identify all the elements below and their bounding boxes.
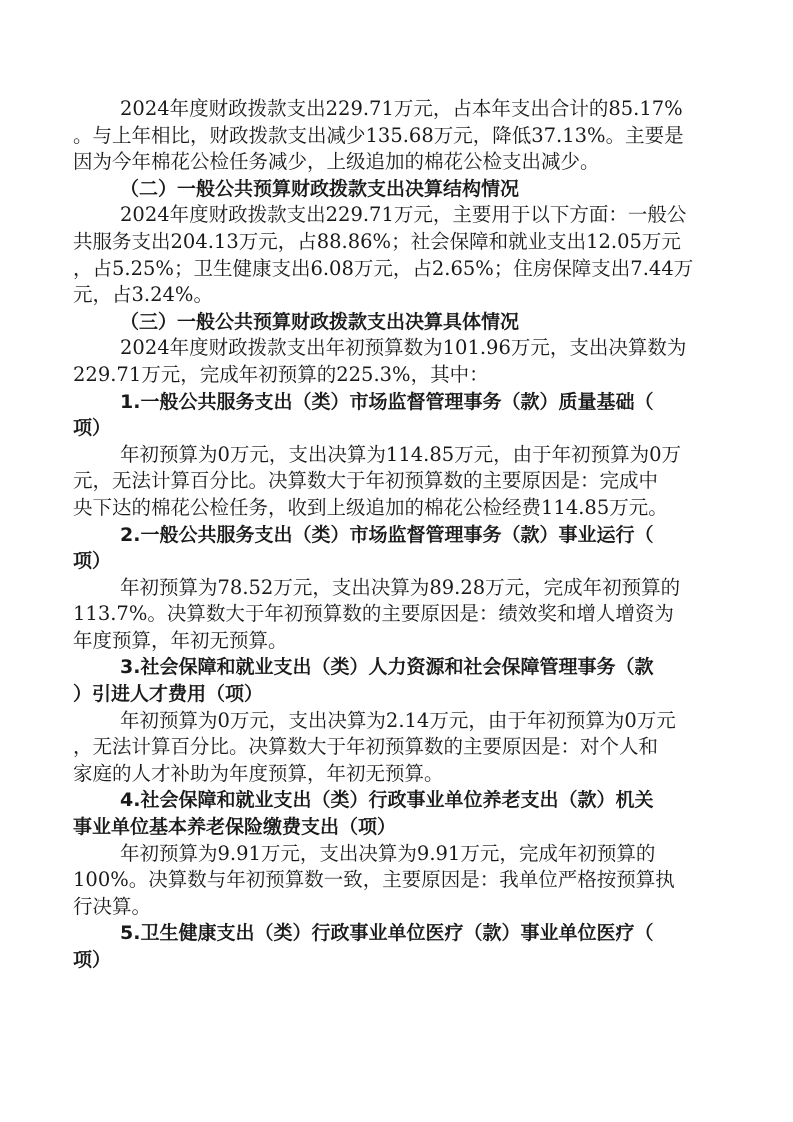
paragraph-line: 因为今年棉花公检任务减少，上级追加的棉花公检支出减少。 <box>73 149 718 176</box>
paragraph-line: 央下达的棉花公检任务，收到上级追加的棉花公检经费114.85万元。 <box>73 495 718 522</box>
paragraph-line: ，占5.25%；卫生健康支出6.08万元，占2.65%；住房保障支出7.44万 <box>73 256 718 283</box>
section-heading: （三）一般公共预算财政拨款支出决算具体情况 <box>73 309 718 336</box>
paragraph-line: 113.7%。决算数大于年初预算数的主要原因是：绩效奖和增人增资为 <box>73 601 718 628</box>
item-heading: 3.社会保障和就业支出（类）人力资源和社会保障管理事务（款 <box>73 654 718 681</box>
paragraph-line: 100%。决算数与年初预算数一致，主要原因是：我单位严格按预算执 <box>73 867 718 894</box>
paragraph-line: 2024年度财政拨款支出229.71万元，主要用于以下方面：一般公 <box>73 202 718 229</box>
paragraph-line: 2024年度财政拨款支出229.71万元，占本年支出合计的85.17% <box>73 96 718 123</box>
paragraph-line: 年度预算，年初无预算。 <box>73 628 718 655</box>
paragraph-line: 共服务支出204.13万元，占88.86%；社会保障和就业支出12.05万元 <box>73 229 718 256</box>
item-heading: 1.一般公共服务支出（类）市场监督管理事务（款）质量基础（ <box>73 389 718 416</box>
item-heading: 项） <box>73 548 718 575</box>
paragraph-line: 。与上年相比，财政拨款支出减少135.68万元，降低37.13%。主要是 <box>73 123 718 150</box>
paragraph-line: 元，无法计算百分比。决算数大于年初预算数的主要原因是：完成中 <box>73 468 718 495</box>
paragraph-line: ，无法计算百分比。决算数大于年初预算数的主要原因是：对个人和 <box>73 734 718 761</box>
paragraph-line: 年初预算为9.91万元，支出决算为9.91万元，完成年初预算的 <box>73 841 718 868</box>
item-heading: ）引进人才费用（项） <box>73 681 718 708</box>
item-heading: 项） <box>73 415 718 442</box>
paragraph-line: 年初预算为78.52万元，支出决算为89.28万元，完成年初预算的 <box>73 575 718 602</box>
item-heading: 5.卫生健康支出（类）行政事业单位医疗（款）事业单位医疗（ <box>73 920 718 947</box>
paragraph-line: 2024年度财政拨款支出年初预算数为101.96万元，支出决算数为 <box>73 335 718 362</box>
item-heading: 2.一般公共服务支出（类）市场监督管理事务（款）事业运行（ <box>73 522 718 549</box>
item-heading: 项） <box>73 947 718 974</box>
paragraph-line: 元，占3.24%。 <box>73 282 718 309</box>
paragraph-line: 家庭的人才补助为年度预算，年初无预算。 <box>73 761 718 788</box>
document-page: 2024年度财政拨款支出229.71万元，占本年支出合计的85.17% 。与上年… <box>73 96 718 974</box>
paragraph-line: 229.71万元，完成年初预算的225.3%，其中： <box>73 362 718 389</box>
paragraph-line: 年初预算为0万元，支出决算为2.14万元，由于年初预算为0万元 <box>73 708 718 735</box>
paragraph-line: 行决算。 <box>73 894 718 921</box>
section-heading: （二）一般公共预算财政拨款支出决算结构情况 <box>73 176 718 203</box>
item-heading: 事业单位基本养老保险缴费支出（项） <box>73 814 718 841</box>
item-heading: 4.社会保障和就业支出（类）行政事业单位养老支出（款）机关 <box>73 787 718 814</box>
paragraph-line: 年初预算为0万元，支出决算为114.85万元，由于年初预算为0万 <box>73 442 718 469</box>
